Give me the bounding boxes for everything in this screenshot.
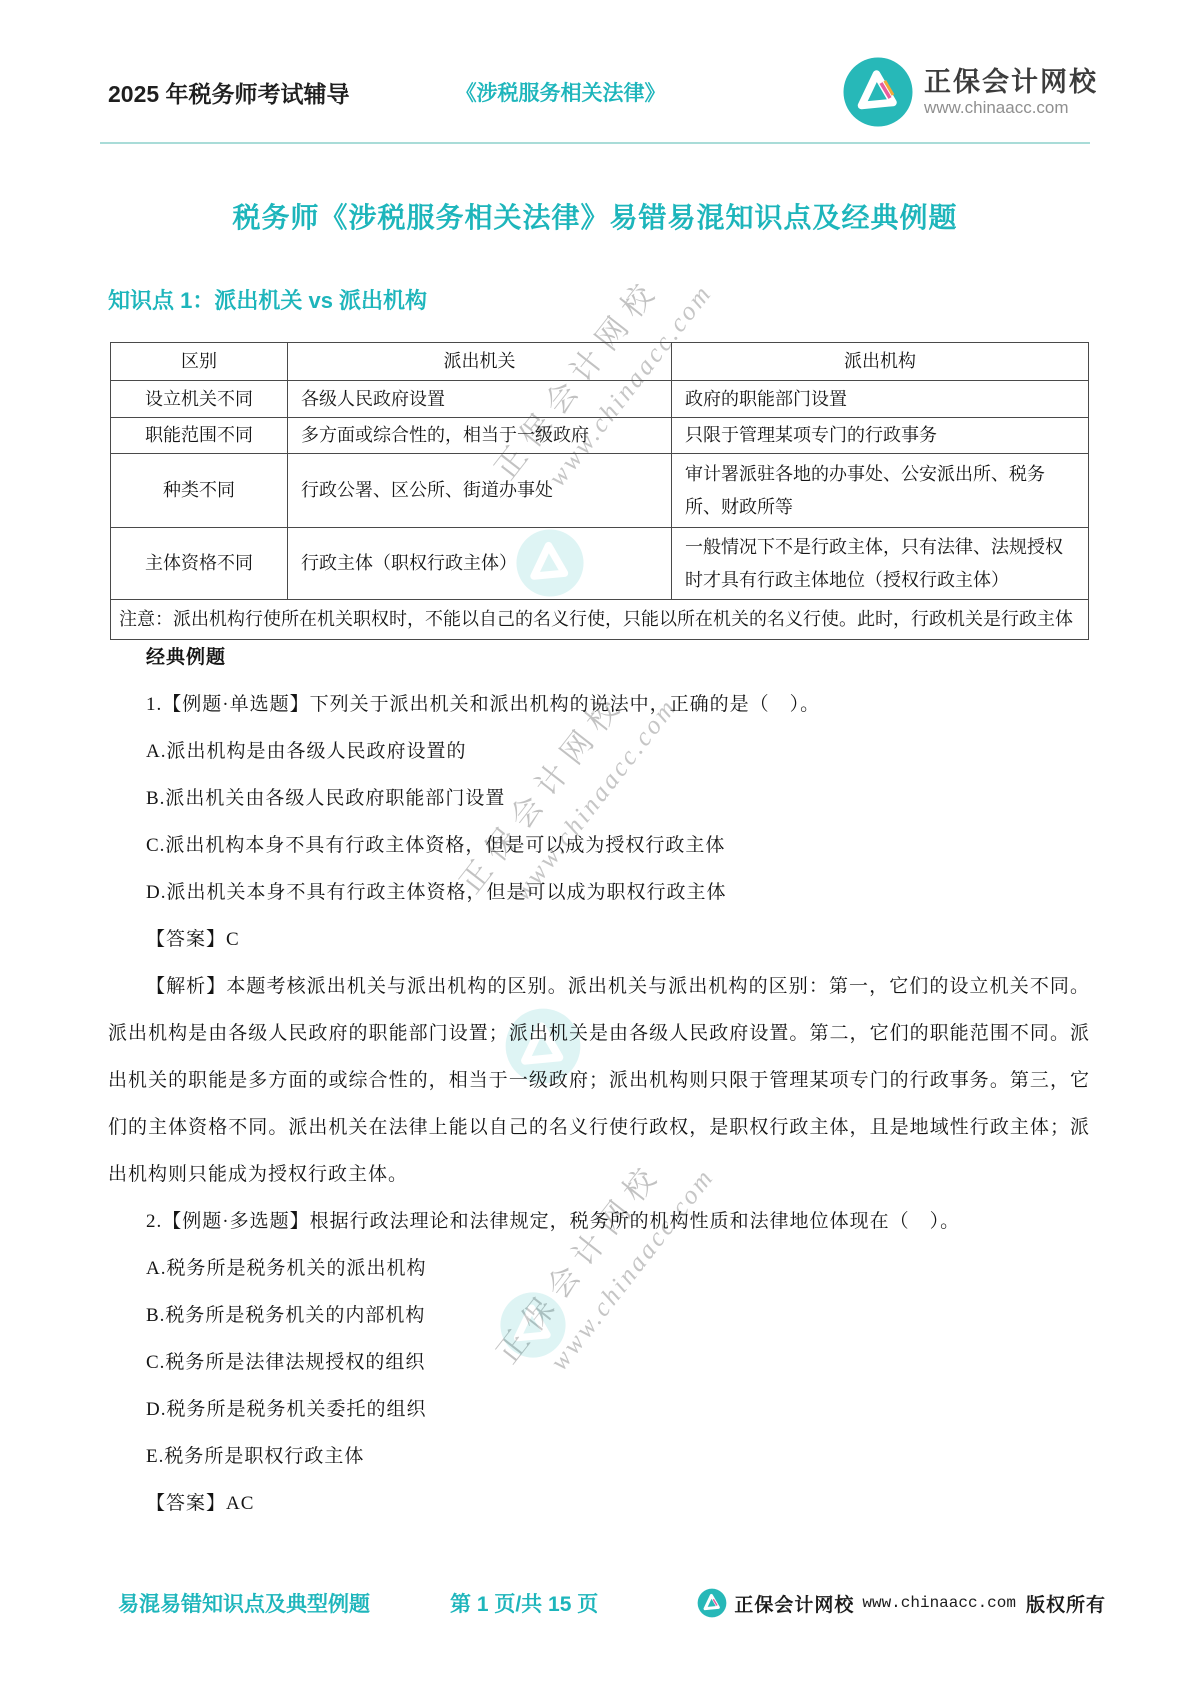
document-page: 正保会计网校 www.chinaacc.com 正保会计网校 www.china… (0, 0, 1190, 1683)
brand-name: 正保会计网校 (924, 67, 1098, 98)
document-body: 经典例题 1.【例题·单选题】下列关于派出机关和派出机构的说法中，正确的是（ ）… (108, 634, 1090, 1527)
question-option: A.派出机构是由各级人民政府设置的 (108, 728, 1090, 775)
table-cell: 各级人民政府设置 (288, 381, 672, 418)
brand-text: 正保会计网校 www.chinaacc.com (924, 67, 1098, 118)
analysis-paragraph: 【解析】本题考核派出机关与派出机构的区别。派出机关与派出机构的区别：第一，它们的… (108, 963, 1090, 1198)
table-row: 设立机关不同 各级人民政府设置 政府的职能部门设置 (111, 381, 1089, 418)
page-footer: 易混易错知识点及典型例题 第 1 页/共 15 页 正保会计网校 www.chi… (118, 1588, 1106, 1618)
footer-brand: 正保会计网校 www.chinaacc.com 版权所有 (697, 1588, 1106, 1618)
question-option: E.税务所是职权行政主体 (108, 1433, 1090, 1480)
table-cell: 行政主体（职权行政主体） (288, 528, 672, 600)
footer-brand-name: 正保会计网校 (734, 1590, 854, 1617)
table-cell: 种类不同 (111, 454, 288, 528)
answer-line: 【答案】AC (108, 1480, 1090, 1527)
brand-logo-icon (842, 56, 914, 128)
comparison-table: 区别 派出机关 派出机构 设立机关不同 各级人民政府设置 政府的职能部门设置 职… (110, 342, 1089, 640)
table-row: 主体资格不同 行政主体（职权行政主体） 一般情况下不是行政主体，只有法律、法规授… (111, 528, 1089, 600)
footer-brand-url: www.chinaacc.com (862, 1594, 1016, 1612)
table-header-cell: 派出机关 (288, 343, 672, 381)
page-indicator: 第 1 页/共 15 页 (450, 1588, 598, 1618)
question-stem: 2.【例题·多选题】根据行政法理论和法律规定，税务所的机构性质和法律地位体现在（… (108, 1198, 1090, 1245)
question-option: D.派出机关本身不具有行政主体资格，但是可以成为职权行政主体 (108, 869, 1090, 916)
table-cell: 主体资格不同 (111, 528, 288, 600)
table-row: 职能范围不同 多方面或综合性的，相当于一级政府 只限于管理某项专门的行政事务 (111, 418, 1089, 454)
question-option: A.税务所是税务机关的派出机构 (108, 1245, 1090, 1292)
table-cell: 审计署派驻各地的办事处、公安派出所、税务所、财政所等 (672, 454, 1089, 528)
header-divider (100, 142, 1090, 144)
table-cell: 一般情况下不是行政主体，只有法律、法规授权时才具有行政主体地位（授权行政主体） (672, 528, 1089, 600)
section-heading: 知识点 1：派出机关 vs 派出机构 (108, 284, 427, 315)
examples-heading: 经典例题 (108, 634, 1090, 681)
brand-url: www.chinaacc.com (924, 98, 1098, 118)
header-subject-label: 《涉税服务相关法律》 (456, 77, 666, 107)
table-cell: 只限于管理某项专门的行政事务 (672, 418, 1089, 454)
table-cell: 行政公署、区公所、街道办事处 (288, 454, 672, 528)
question-option: B.税务所是税务机关的内部机构 (108, 1292, 1090, 1339)
question-option: B.派出机关由各级人民政府职能部门设置 (108, 775, 1090, 822)
table-cell: 政府的职能部门设置 (672, 381, 1089, 418)
question-option: C.税务所是法律法规授权的组织 (108, 1339, 1090, 1386)
question-stem: 1.【例题·单选题】下列关于派出机关和派出机构的说法中，正确的是（ ）。 (108, 681, 1090, 728)
table-header-row: 区别 派出机关 派出机构 (111, 343, 1089, 381)
table-cell: 设立机关不同 (111, 381, 288, 418)
table-row: 种类不同 行政公署、区公所、街道办事处 审计署派驻各地的办事处、公安派出所、税务… (111, 454, 1089, 528)
page-header: 2025 年税务师考试辅导 《涉税服务相关法律》 正保会计网校 www.chin… (108, 54, 1098, 130)
footer-rights-label: 版权所有 (1026, 1590, 1106, 1617)
brand-logo: 正保会计网校 www.chinaacc.com (842, 56, 1098, 128)
footer-doc-label: 易混易错知识点及典型例题 (118, 1588, 370, 1618)
question-option: D.税务所是税务机关委托的组织 (108, 1386, 1090, 1433)
answer-line: 【答案】C (108, 916, 1090, 963)
footer-brand-logo-icon (697, 1588, 727, 1618)
table-header-cell: 区别 (111, 343, 288, 381)
table-header-cell: 派出机构 (672, 343, 1089, 381)
header-course-label: 2025 年税务师考试辅导 (108, 76, 350, 109)
table-cell: 职能范围不同 (111, 418, 288, 454)
table-cell: 多方面或综合性的，相当于一级政府 (288, 418, 672, 454)
question-option: C.派出机构本身不具有行政主体资格，但是可以成为授权行政主体 (108, 822, 1090, 869)
page-title: 税务师《涉税服务相关法律》易错易混知识点及经典例题 (0, 196, 1190, 236)
